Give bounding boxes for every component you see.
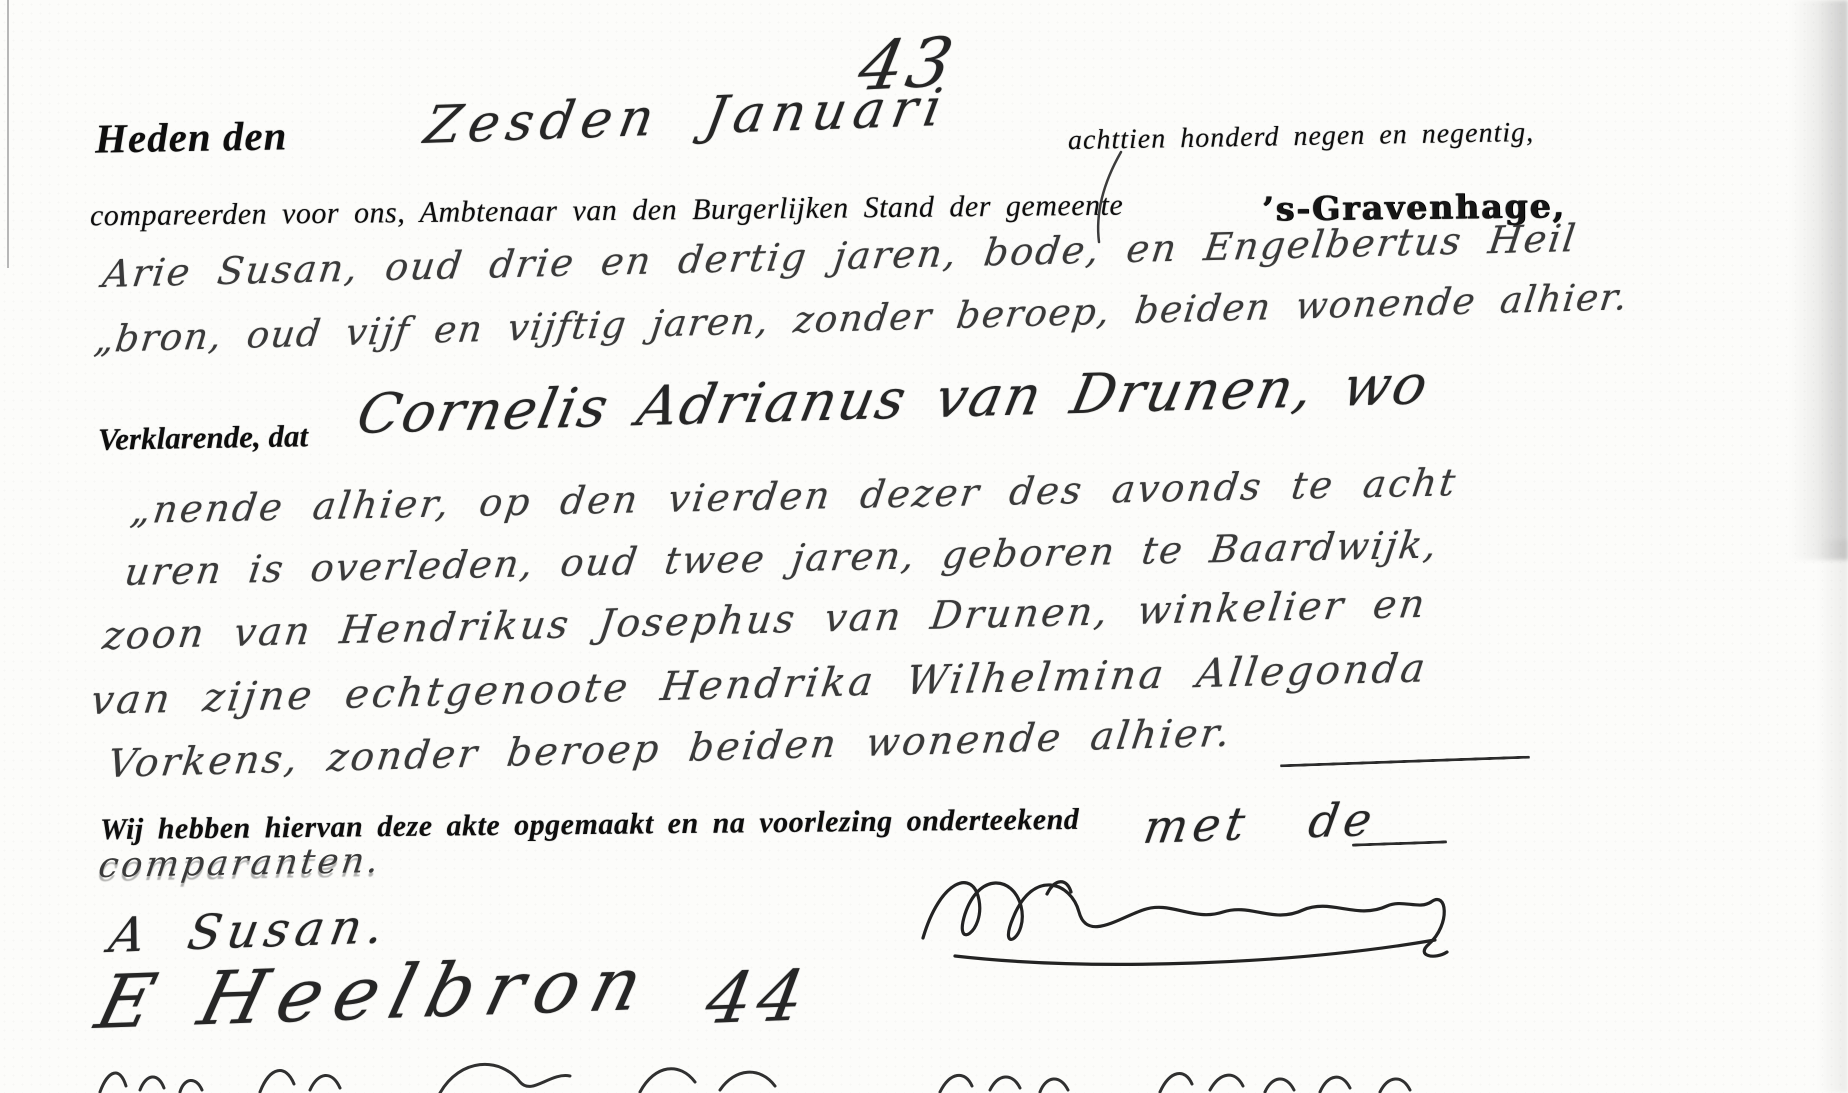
declaration-line-4: zoon van Hendrikus Josephus van Drunen, …	[100, 582, 1430, 659]
declaration-line-3: uren is overleden, oud twee jaren, gebor…	[122, 523, 1441, 594]
next-record-fragment	[80, 1052, 1560, 1093]
scan-edge-shadow-lower	[1818, 540, 1848, 1093]
death-certificate-scan: 43 Heden den Zesden Januari achttien hon…	[0, 0, 1848, 1093]
scan-edge-shadow	[1790, 0, 1848, 560]
declaration-line-6: Vorkens, zonder beroep beiden wonende al…	[105, 711, 1235, 787]
printed-compareerden: compareerden voor ons, Ambtenaar van den…	[90, 189, 1124, 234]
declaration-line-2: „nende alhier, op den vierden dezer des …	[128, 460, 1460, 532]
fill-dash-line	[1280, 756, 1530, 768]
next-record-number: 44	[700, 955, 816, 1040]
printed-verklarende-dat: Verklarende, dat	[98, 418, 309, 458]
handwritten-comparanten: comparanten.	[96, 841, 384, 886]
handwritten-met-de: met de	[1140, 792, 1381, 854]
registrar-signature	[895, 860, 1475, 980]
deceased-name: Cornelis Adrianus van Drunen, wo	[352, 352, 1435, 446]
printed-year: achttien honderd negen en negentig,	[1068, 117, 1535, 157]
printed-closing: Wij hebben hiervan deze akte opgemaakt e…	[100, 803, 1080, 847]
scan-left-artifact-line	[7, 0, 9, 268]
printed-heden-den: Heden den	[95, 111, 288, 162]
pen-stroke-artifact	[1075, 150, 1135, 245]
handwritten-date: Zesden Januari	[420, 78, 953, 156]
